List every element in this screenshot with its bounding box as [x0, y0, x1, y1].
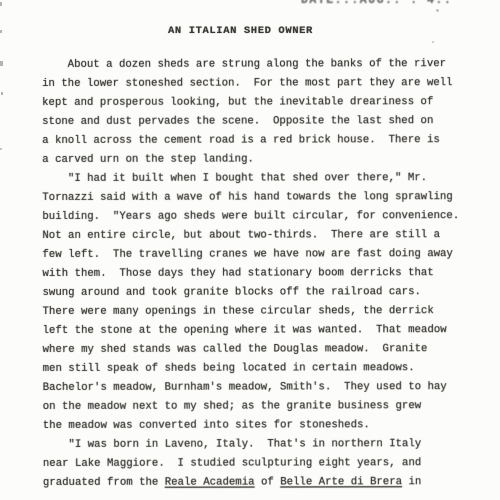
text-segment: in the lower stoneshed section. For the …: [42, 77, 452, 90]
text-line: a carved urn on the step landing.: [42, 150, 476, 170]
text-segment: Not an entire circle, but about two-thir…: [42, 229, 440, 242]
scan-artifact: [432, 41, 434, 43]
text-line: "I was born in Laveno, Italy. That's in …: [43, 435, 477, 455]
text-segment: a carved urn on the step landing.: [42, 154, 254, 166]
text-segment: left the stone at the opening where it w…: [43, 324, 447, 337]
text-segment: "I had it built when I bought that shed …: [42, 172, 427, 185]
scan-artifact: [0, 148, 2, 150]
scanned-document-page: DATE:..AUG.: . 4.. AN ITALIAN SHED OWNER…: [0, 0, 500, 500]
text-segment: few left. The travelling cranes we have …: [42, 248, 452, 261]
text-line: in the lower stoneshed section. For the …: [42, 74, 476, 94]
text-line: on the meadow next to my shed; as the gr…: [43, 397, 477, 417]
text-segment: where my shed stands was called the Doug…: [43, 343, 428, 356]
text-line: men still speak of sheds being located i…: [43, 359, 477, 379]
text-line: left the stone at the opening where it w…: [43, 321, 477, 341]
text-line: few left. The travelling cranes we have …: [42, 245, 476, 265]
underlined-text: Belle Arte di Brera: [280, 476, 402, 488]
text-segment: building. "Years ago sheds were built ci…: [42, 210, 459, 223]
text-line: where my shed stands was called the Doug…: [43, 340, 477, 360]
text-segment: About a dozen sheds are strung along the…: [42, 58, 446, 71]
date-stamp: DATE:..AUG.: . 4..: [301, 0, 452, 7]
text-line: There were many openings in these circul…: [43, 302, 477, 322]
text-line: Tornazzi said with a wave of his hand to…: [42, 188, 476, 208]
scan-artifact: [1, 92, 3, 95]
text-segment: "I was born in Laveno, Italy. That's in …: [43, 438, 421, 451]
page-title: AN ITALIAN SHED OWNER: [168, 25, 313, 37]
text-line: Bachelor's meadow, Burnham's meadow, Smi…: [43, 378, 477, 398]
text-line: with them. Those days they had stationar…: [42, 264, 476, 284]
text-line: Not an entire circle, but about two-thir…: [42, 226, 476, 246]
text-line: building. "Years ago sheds were built ci…: [42, 207, 476, 227]
text-segment: graduated from the: [43, 477, 165, 489]
text-line: About a dozen sheds are strung along the…: [42, 55, 476, 75]
text-segment: with them. Those days they had stationar…: [42, 267, 433, 280]
text-segment: near Lake Maggiore. I studied sculpturin…: [43, 457, 421, 470]
text-line: the meadow was converted into sites for …: [43, 416, 477, 436]
text-segment: kept and prosperous looking, but the ine…: [42, 96, 433, 109]
text-segment: the meadow was converted into sites for …: [43, 419, 370, 432]
text-line: a knoll across the cement road is a red …: [42, 131, 476, 151]
scan-artifact: [0, 30, 2, 33]
scan-artifact: [0, 2, 2, 6]
underlined-text: Reale Academia: [165, 477, 255, 489]
text-segment: on the meadow next to my shed; as the gr…: [43, 400, 421, 413]
text-segment: of: [255, 477, 281, 489]
text-line: "I had it built when I bought that shed …: [42, 169, 476, 189]
text-line: graduated from the Reale Academia of Bel…: [43, 473, 477, 493]
text-segment: in: [402, 476, 421, 488]
text-line: near Lake Maggiore. I studied sculpturin…: [43, 454, 477, 474]
text-segment: Bachelor's meadow, Burnham's meadow, Smi…: [43, 381, 447, 394]
scan-artifact: [0, 61, 3, 66]
text-line: swung around and took granite blocks off…: [42, 283, 476, 303]
text-segment: stone and dust pervades the scene. Oppos…: [42, 115, 433, 128]
text-segment: swung around and took granite blocks off…: [42, 286, 420, 299]
text-segment: Tornazzi said with a wave of his hand to…: [42, 191, 452, 204]
document-body: About a dozen sheds are strung along the…: [42, 55, 477, 493]
text-segment: a knoll across the cement road is a red …: [42, 134, 440, 147]
scan-artifact: [436, 9, 439, 12]
text-segment: men still speak of sheds being located i…: [43, 362, 415, 375]
text-segment: There were many openings in these circul…: [43, 305, 434, 318]
text-line: stone and dust pervades the scene. Oppos…: [42, 112, 476, 132]
text-line: kept and prosperous looking, but the ine…: [42, 93, 476, 113]
